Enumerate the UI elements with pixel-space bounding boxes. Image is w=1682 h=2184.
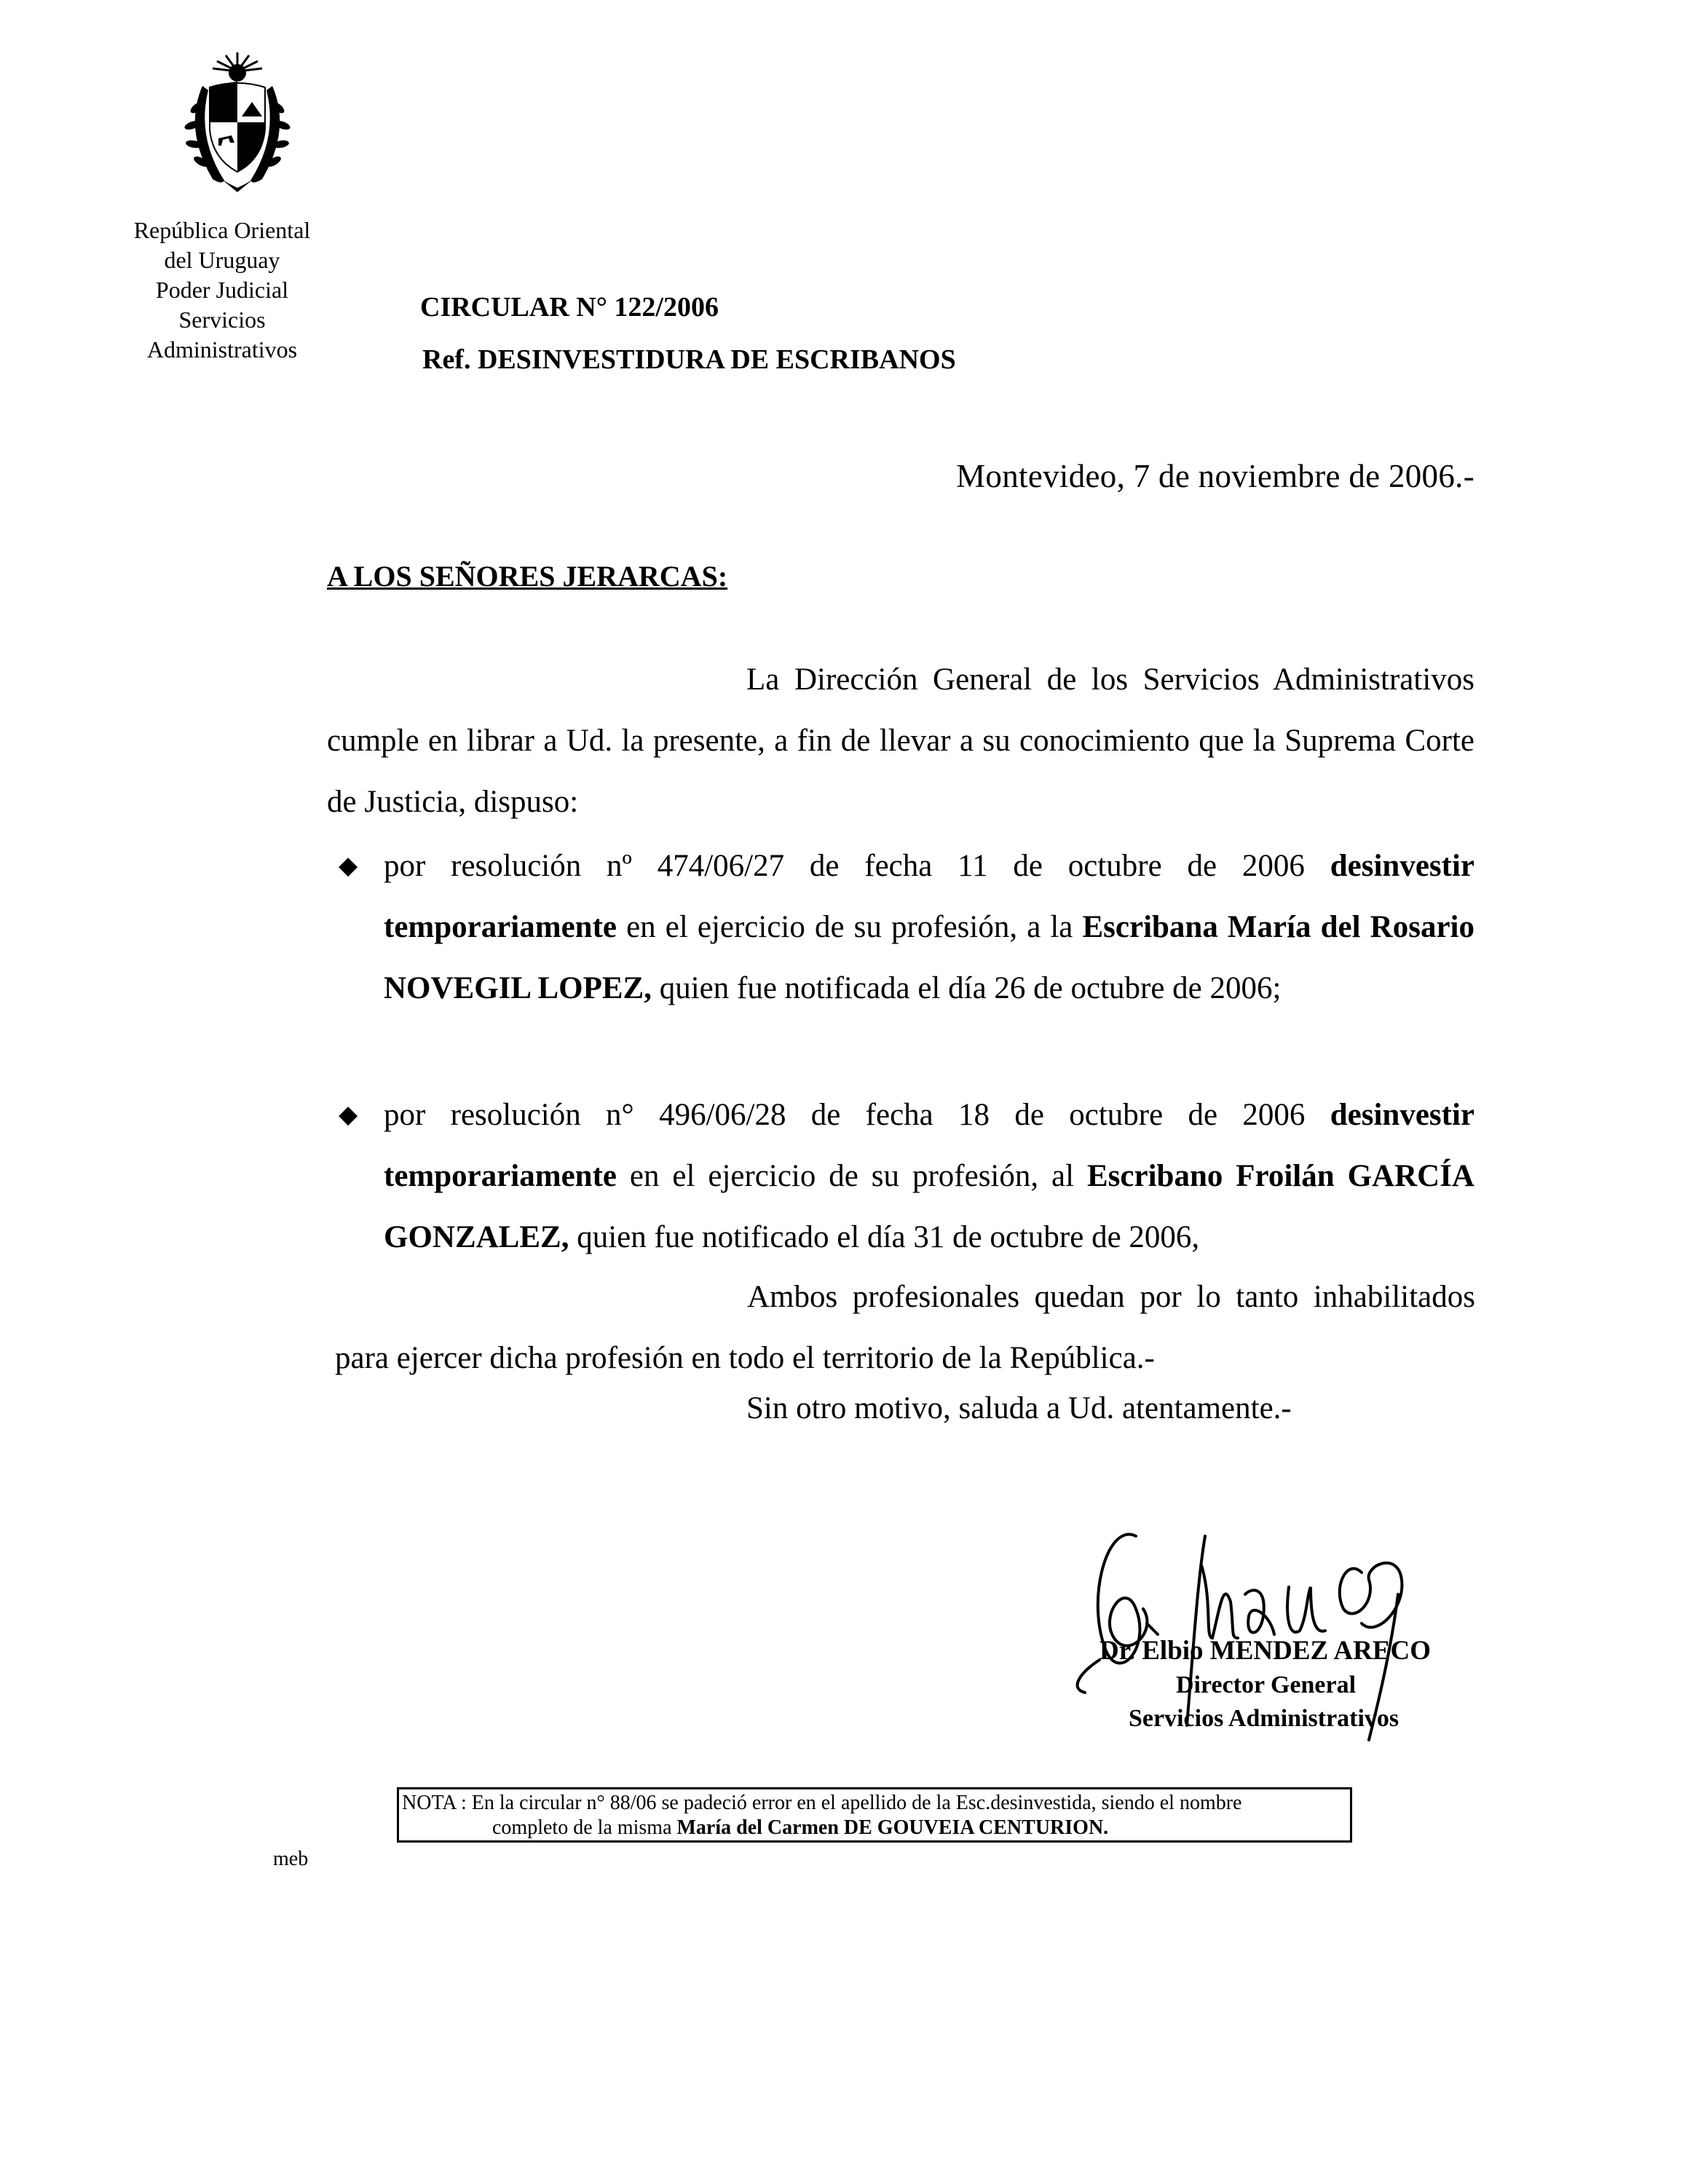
note-line: completo de la misma María del Carmen DE… [402,1816,1346,1840]
issuer-line: República Oriental [117,215,328,245]
signatory-title: Director General [1176,1671,1356,1699]
note-text: completo de la misma [492,1816,677,1839]
intro-paragraph: La Dirección General de los Servicios Ad… [327,649,1474,833]
resolution-item: ◆ por resolución n° 496/06/28 de fecha 1… [327,1085,1474,1268]
issuer-line: del Uruguay [117,245,328,275]
salutation-colon: : [718,560,727,593]
diamond-bullet-icon: ◆ [339,836,358,897]
corrected-name: María del Carmen DE GOUVEIA CENTURION. [677,1816,1109,1839]
issuer-block: República Oriental del Uruguay Poder Jud… [117,215,328,365]
signature-block: Dr. Elbio MENDEZ ARECO Director General … [1056,1492,1478,1769]
issuer-line: Servicios [117,305,328,335]
resolution-text: por resolución n° 496/06/28 de fecha 18 … [384,1098,1330,1132]
salutation-text: A LOS SEÑORES JERARCAS [327,560,718,593]
resolution-text: por resolución nº 474/06/27 de fecha 11 … [384,849,1330,883]
circular-number: CIRCULAR N° 122/2006 [420,291,719,323]
signatory-name: Dr. Elbio MENDEZ ARECO [1099,1635,1431,1666]
resolution-text: en el ejercicio de su profesión, a la [617,910,1083,944]
uruguay-coat-of-arms-icon [181,50,294,195]
issuer-line: Administrativos [117,335,328,365]
closing-line: Sin otro motivo, saluda a Ud. atentament… [746,1390,1292,1426]
resolution-text: quien fue notificada el día 26 de octubr… [652,971,1281,1005]
signatory-department: Servicios Administrativos [1129,1705,1399,1733]
correction-note-box: NOTA : En la circular n° 88/06 se padeci… [397,1787,1352,1843]
date-line: Montevideo, 7 de noviembre de 2006.- [956,457,1474,495]
typist-initials: meb [273,1848,308,1871]
salutation: A LOS SEÑORES JERARCAS: [327,559,727,593]
resolution-text: en el ejercicio de su profesión, al [617,1159,1087,1193]
diamond-bullet-icon: ◆ [339,1085,358,1146]
resolution-text: quien fue notificado el día 31 de octubr… [569,1220,1199,1254]
issuer-line: Poder Judicial [117,275,328,305]
note-line: NOTA : En la circular n° 88/06 se padeci… [402,1791,1346,1816]
reference-line: Ref. DESINVESTIDURA DE ESCRIBANOS [422,344,956,376]
resolution-item: ◆ por resolución nº 474/06/27 de fecha 1… [327,836,1474,1019]
conclusion-paragraph: Ambos profesionales quedan por lo tanto … [335,1267,1475,1389]
